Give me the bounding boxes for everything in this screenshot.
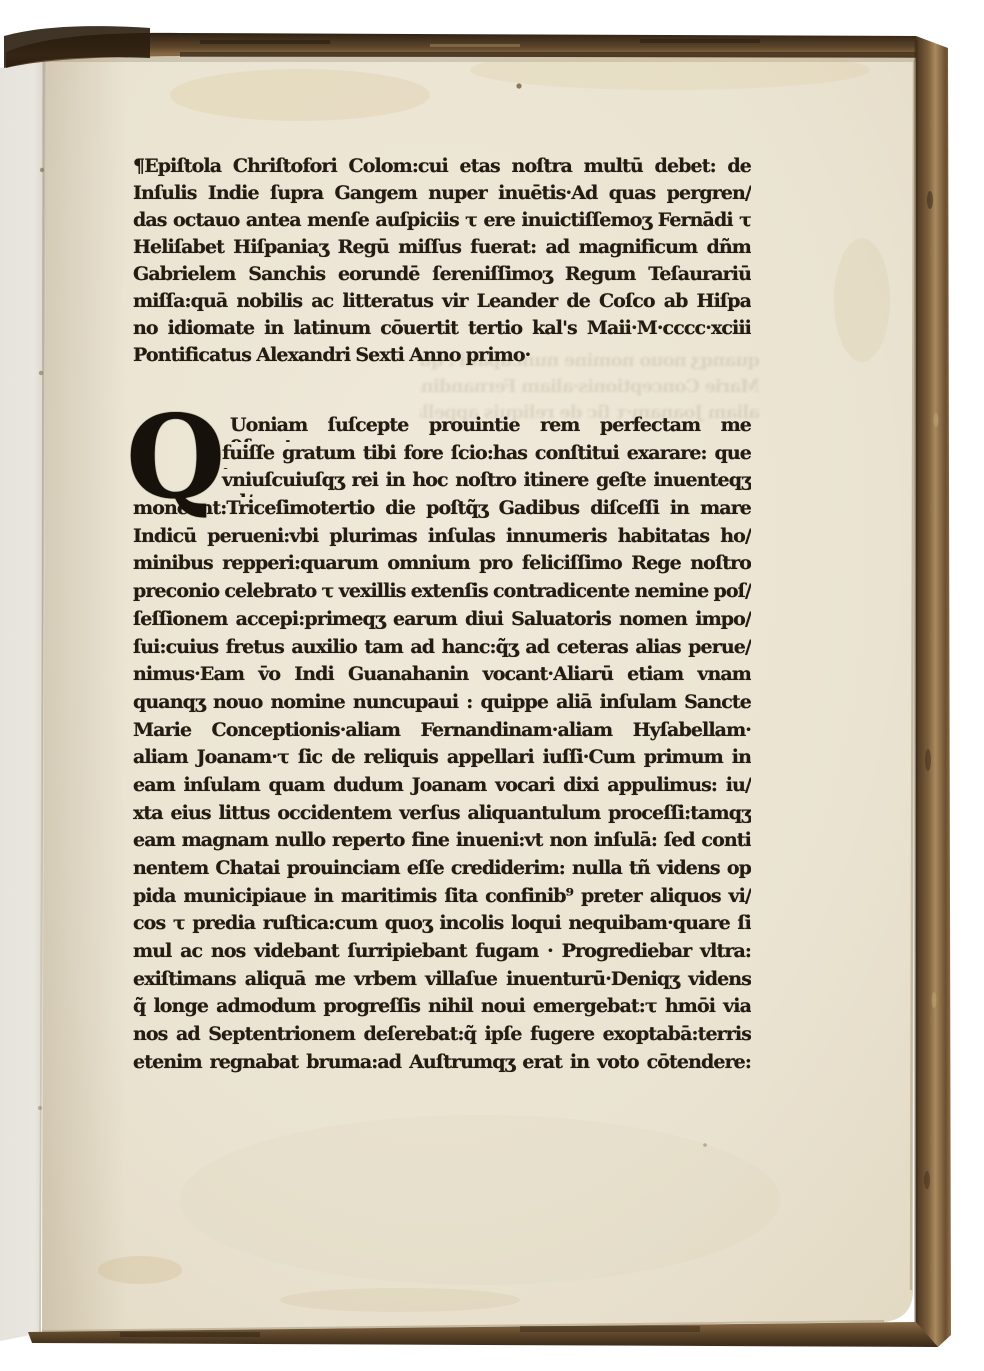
binding-right-edge [916,36,951,1347]
body-line: minibus repperi:quarum omnium pro felici… [133,552,751,580]
body-line: Indicū perueni:vbi plurimas inſulas innu… [133,525,751,553]
body-line: cos τ predia ruſtica:cum quoʒ incolis lo… [133,912,751,940]
heading-line: Pontificatus Alexandri Sexti Anno primo· [133,344,751,371]
body-line: Marie Conceptionis·aliam Fernandinam·ali… [133,719,751,747]
body-line: Uoniam ſuſcepte prouintie rem perfectam … [133,414,751,442]
book-photograph: quanqʒ nouo nomine nuncupaui : quippe al… [0,0,984,1371]
show-through-line: Marie Conceptionis·aliam Fernandinam·ali… [420,376,760,402]
heading-line: Inſulis Indie ſupra Gangem nuper inuētis… [133,182,751,209]
body-line: eam magnam nullo reperto fine inueni:vt … [133,829,751,857]
flyleaf-edge [0,56,47,1341]
heading-line: no idiomate in latinum cōuertit tertio k… [133,317,751,344]
body-line: exiſtimans aliquā me vrbem villaſue inue… [133,968,751,996]
body-line: quanqʒ nouo nomine nuncupaui : quippe al… [133,691,751,719]
body-line: preconio celebrato τ vexillis extenſis c… [133,580,751,608]
heading-line: das octauo antea menſe auſpiciis τ ere i… [133,209,751,236]
body-line: etenim regnabat bruma:ad Auſtrumqʒ erat … [133,1051,751,1079]
body-line: moneant:Triceſimotertio die poſtq̃ʒ Gadi… [133,497,751,525]
body-line: mul ac nos videbant ſurripiebant fugam ·… [133,940,751,968]
body-line: nos ad Septentrionem deſerebat:q̃ ipſe f… [133,1023,751,1051]
body-line: eam inſulam quam dudum Joanam vocari dix… [133,774,751,802]
body-line: fuiſſe gratum tibi fore ſcio:has conſtit… [133,442,751,470]
drop-cap-initial: Q [126,400,225,514]
body-line: nimus·Eam v̄o Indi Guanahanin vocant·Ali… [133,663,751,691]
body-line: ſui:cuius fretus auxilio tam ad hanc:q̃ʒ… [133,636,751,664]
body-line: q̃ longe admodum progreſſis nihil noui e… [133,995,751,1023]
heading-line: Heliſabet Hiſpaniaʒ Regū miſſus fuerat: … [133,236,751,263]
body-line: vniuſcuiuſqʒ rei in hoc noſtro itinere g… [133,469,751,497]
heading-line: Gabrielem Sanchis eorundē ſereniſſimoʒ R… [133,263,751,290]
heading-line: miſſa:quā nobilis ac litteratus vir Lean… [133,290,751,317]
body-paragraph: Uoniam ſuſcepte prouintie rem perfectam … [133,414,751,1079]
body-line: xta eius littus occidentem verſus aliqua… [133,802,751,830]
body-line: nentem Chatai prouinciam eſſe crediderim… [133,857,751,885]
heading-paragraph: ¶Epiſtola Chriſtofori Colom:cui etas noſ… [133,155,751,371]
body-line: aliam Joanam·τ ſic de reliquis appellari… [133,746,751,774]
body-line: ſeſſionem accepi:primeqʒ earum diui Salu… [133,608,751,636]
heading-line: ¶Epiſtola Chriſtofori Colom:cui etas noſ… [133,155,751,182]
body-line: pida municipiaue in maritimis ſita confi… [133,885,751,913]
